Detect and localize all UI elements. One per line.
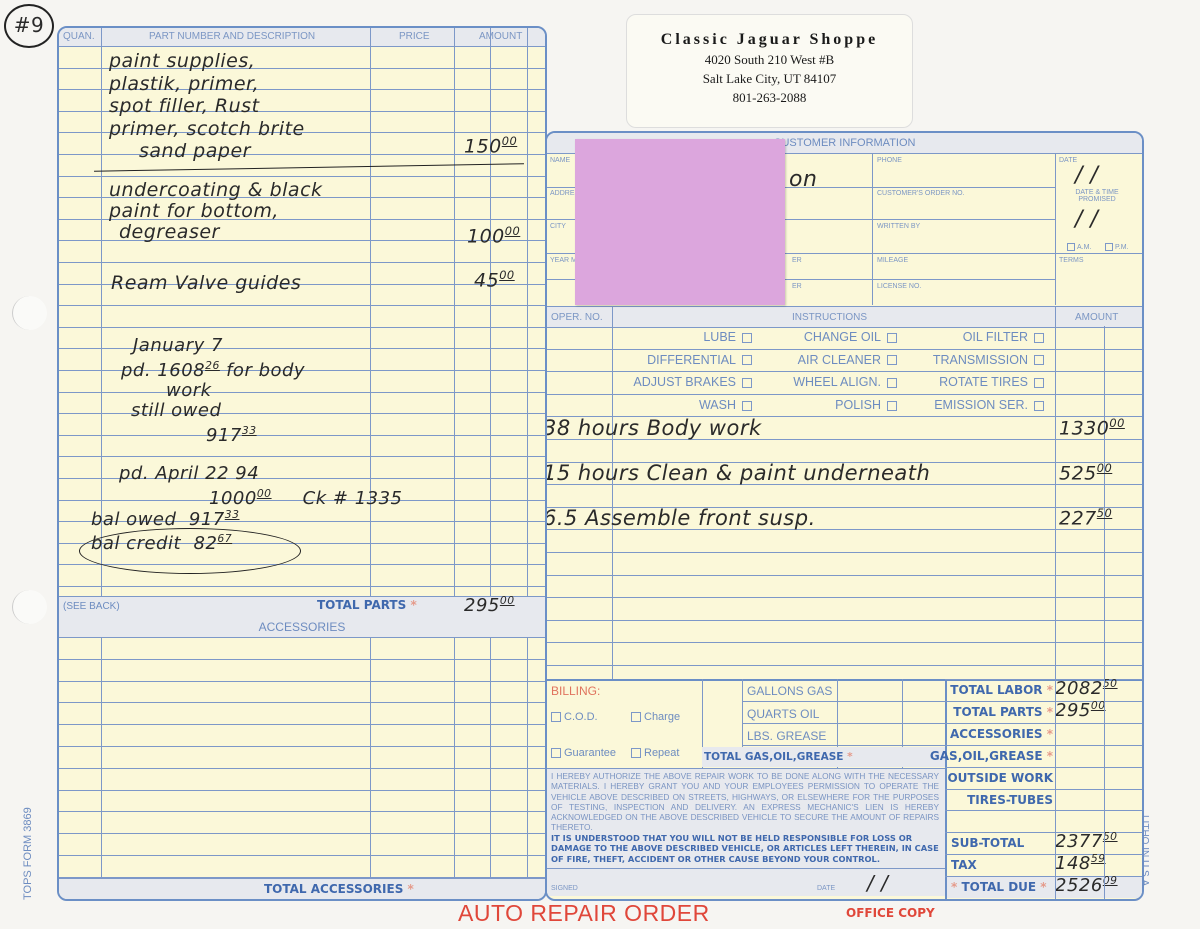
total-row-label: SUB-TOTAL bbox=[951, 836, 1024, 850]
gas-row-quarts: QUARTS OIL bbox=[747, 707, 819, 721]
balance-credit: bal credit 8267 bbox=[91, 532, 232, 554]
field-label-serial: ER bbox=[792, 257, 802, 264]
total-accessories-label: TOTAL ACCESSORIES * bbox=[264, 882, 414, 896]
field-label-phone: PHONE bbox=[877, 157, 902, 164]
field-label-mileage: MILEAGE bbox=[877, 257, 908, 264]
payment-notes-april: pd. April 22 94 100000 Ck # 1335 bbox=[119, 464, 403, 509]
total-row-label: ACCESSORIES * bbox=[950, 727, 1053, 741]
checkbox-box[interactable] bbox=[742, 401, 752, 411]
field-label-city: CITY bbox=[550, 223, 566, 230]
total-gas-oil-grease-label: TOTAL GAS,OIL,GREASE * bbox=[704, 751, 853, 763]
shop-phone: 801-263-2088 bbox=[627, 90, 912, 106]
checkbox-box[interactable] bbox=[742, 355, 752, 365]
see-back-note: (SEE BACK) bbox=[63, 601, 120, 612]
field-label-written-by: WRITTEN BY bbox=[877, 223, 920, 230]
form-title: AUTO REPAIR ORDER bbox=[458, 900, 710, 927]
signature-field[interactable] bbox=[587, 878, 807, 894]
checkbox-box[interactable] bbox=[742, 378, 752, 388]
total-row-label: TAX bbox=[951, 858, 977, 872]
col-header-amount: AMOUNT bbox=[1075, 312, 1118, 323]
labor-line-description: 38 hours Body work bbox=[545, 416, 762, 440]
payment-notes-january: January 7 pd. 160826 for body work still… bbox=[121, 336, 305, 446]
binder-hole bbox=[12, 590, 47, 624]
sign-date-value: / / bbox=[867, 871, 888, 895]
checkbox-oil-filter[interactable]: OIL FILTER bbox=[963, 330, 1044, 344]
checkbox-box[interactable] bbox=[887, 355, 897, 365]
checkbox-box[interactable] bbox=[1034, 355, 1044, 365]
labor-line-description: 6.5 Assemble front susp. bbox=[545, 506, 816, 530]
billing-guarantee-checkbox[interactable]: Guarantee bbox=[551, 747, 616, 759]
checkbox-wash[interactable]: WASH bbox=[699, 398, 752, 412]
litho-note: LITHO IN U.S.A. bbox=[1139, 815, 1150, 889]
balance-owed: bal owed 91733 bbox=[91, 508, 239, 530]
labor-line-amount: 133000 bbox=[1059, 416, 1125, 439]
checkbox-box[interactable] bbox=[887, 401, 897, 411]
parts-panel: QUAN. PART NUMBER AND DESCRIPTION PRICE … bbox=[57, 26, 547, 901]
customer-name-value: on bbox=[789, 167, 817, 192]
authorization-text: I HEREBY AUTHORIZE THE ABOVE REPAIR WORK… bbox=[551, 771, 939, 833]
field-label-name: NAME bbox=[550, 157, 570, 164]
total-row-label: GAS,OIL,GREASE * bbox=[930, 749, 1053, 763]
part-item-2: undercoating & black paint for bottom, d… bbox=[109, 180, 323, 243]
shop-address-line1: 4020 South 210 West #B bbox=[627, 52, 912, 68]
field-label-motor: ER bbox=[792, 283, 802, 290]
total-row-label: * TOTAL DUE * bbox=[951, 880, 1047, 894]
labor-line-amount: 22750 bbox=[1059, 506, 1112, 529]
checkbox-box[interactable] bbox=[887, 333, 897, 343]
col-header-description: PART NUMBER AND DESCRIPTION bbox=[149, 31, 315, 42]
field-label-customer-order: CUSTOMER'S ORDER NO. bbox=[877, 190, 965, 197]
sticky-note bbox=[575, 139, 785, 305]
part-item-3-amount: 4500 bbox=[474, 268, 515, 291]
date-value: / / bbox=[1075, 163, 1098, 188]
total-row-label: TIRES-TUBES bbox=[967, 793, 1053, 807]
field-label-license: LICENSE NO. bbox=[877, 283, 921, 290]
signed-label: SIGNED bbox=[551, 885, 578, 892]
field-label-terms: TERMS bbox=[1059, 257, 1084, 264]
col-header-instructions: INSTRUCTIONS bbox=[792, 312, 867, 323]
billing-cod-checkbox[interactable]: C.O.D. bbox=[551, 711, 598, 723]
checkbox-box[interactable] bbox=[1034, 333, 1044, 343]
checkbox-box[interactable] bbox=[742, 333, 752, 343]
col-header-amount: AMOUNT bbox=[479, 31, 522, 42]
field-label-date-promised: DATE & TIME PROMISED bbox=[1072, 189, 1122, 203]
corner-mark: #9 bbox=[4, 4, 54, 48]
part-item-2-amount: 10000 bbox=[467, 224, 520, 247]
part-item-3: Ream Valve guides bbox=[111, 272, 301, 294]
gas-row-gallons: GALLONS GAS bbox=[747, 684, 832, 698]
shop-name: Classic Jaguar Shoppe bbox=[627, 31, 912, 49]
total-row-value: 29500 bbox=[1055, 699, 1106, 721]
total-row-value: 14859 bbox=[1055, 852, 1106, 874]
date-promised-value: / / bbox=[1075, 207, 1098, 232]
checkbox-box[interactable] bbox=[1034, 378, 1044, 388]
checkbox-differential[interactable]: DIFFERENTIAL bbox=[647, 353, 752, 367]
total-row-value: 237750 bbox=[1055, 830, 1118, 852]
total-parts-value: 29500 bbox=[464, 594, 515, 616]
labor-line-description: 15 hours Clean & paint underneath bbox=[545, 461, 930, 485]
total-row-value: 252609 bbox=[1055, 874, 1118, 896]
part-item-1-amount: 15000 bbox=[464, 134, 517, 157]
am-checkbox[interactable]: A.M. bbox=[1067, 243, 1091, 251]
col-header-quan: QUAN. bbox=[63, 31, 95, 42]
shop-address-line2: Salt Lake City, UT 84107 bbox=[627, 71, 912, 87]
part-item-1: paint supplies, plastik, primer, spot fi… bbox=[109, 50, 305, 163]
checkbox-transmission[interactable]: TRANSMISSION bbox=[933, 353, 1044, 367]
shop-address-label: Classic Jaguar Shoppe 4020 South 210 Wes… bbox=[626, 14, 913, 128]
checkbox-rotate-tires[interactable]: ROTATE TIRES bbox=[939, 375, 1044, 389]
form-id: TOPS FORM 3869 bbox=[22, 807, 34, 900]
col-header-oper-no: OPER. NO. bbox=[551, 312, 603, 323]
total-parts-label: TOTAL PARTS * bbox=[317, 598, 417, 612]
checkbox-lube[interactable]: LUBE bbox=[703, 330, 752, 344]
col-header-price: PRICE bbox=[399, 31, 430, 42]
billing-charge-checkbox[interactable]: Charge bbox=[631, 711, 680, 723]
sign-date-label: DATE bbox=[817, 885, 835, 892]
checkbox-box[interactable] bbox=[1034, 401, 1044, 411]
pm-checkbox[interactable]: P.M. bbox=[1105, 243, 1129, 251]
checkbox-air-cleaner[interactable]: AIR CLEANER bbox=[798, 353, 897, 367]
billing-repeat-checkbox[interactable]: Repeat bbox=[631, 747, 679, 759]
gas-row-grease: LBS. GREASE bbox=[747, 729, 826, 743]
checkbox-polish[interactable]: POLISH bbox=[835, 398, 897, 412]
checkbox-box[interactable] bbox=[887, 378, 897, 388]
total-row-label: TOTAL LABOR * bbox=[950, 683, 1053, 697]
total-row-label: OUTSIDE WORK bbox=[947, 771, 1053, 785]
billing-label: BILLING: bbox=[551, 684, 600, 698]
checkbox-adjust-brakes[interactable]: ADJUST BRAKES bbox=[633, 375, 752, 389]
liability-text: IT IS UNDERSTOOD THAT YOU WILL NOT BE HE… bbox=[551, 833, 939, 864]
checkbox-change-oil[interactable]: CHANGE OIL bbox=[804, 330, 897, 344]
checkbox-emission-ser[interactable]: EMISSION SER. bbox=[934, 398, 1044, 412]
total-row-label: TOTAL PARTS * bbox=[953, 705, 1053, 719]
copy-label: OFFICE COPY bbox=[846, 906, 935, 920]
binder-hole bbox=[12, 296, 47, 330]
accessories-header: ACCESSORIES bbox=[59, 620, 545, 634]
total-row-value: 208250 bbox=[1055, 677, 1118, 699]
checkbox-wheel-align[interactable]: WHEEL ALIGN. bbox=[793, 375, 897, 389]
labor-line-amount: 52500 bbox=[1059, 461, 1112, 484]
